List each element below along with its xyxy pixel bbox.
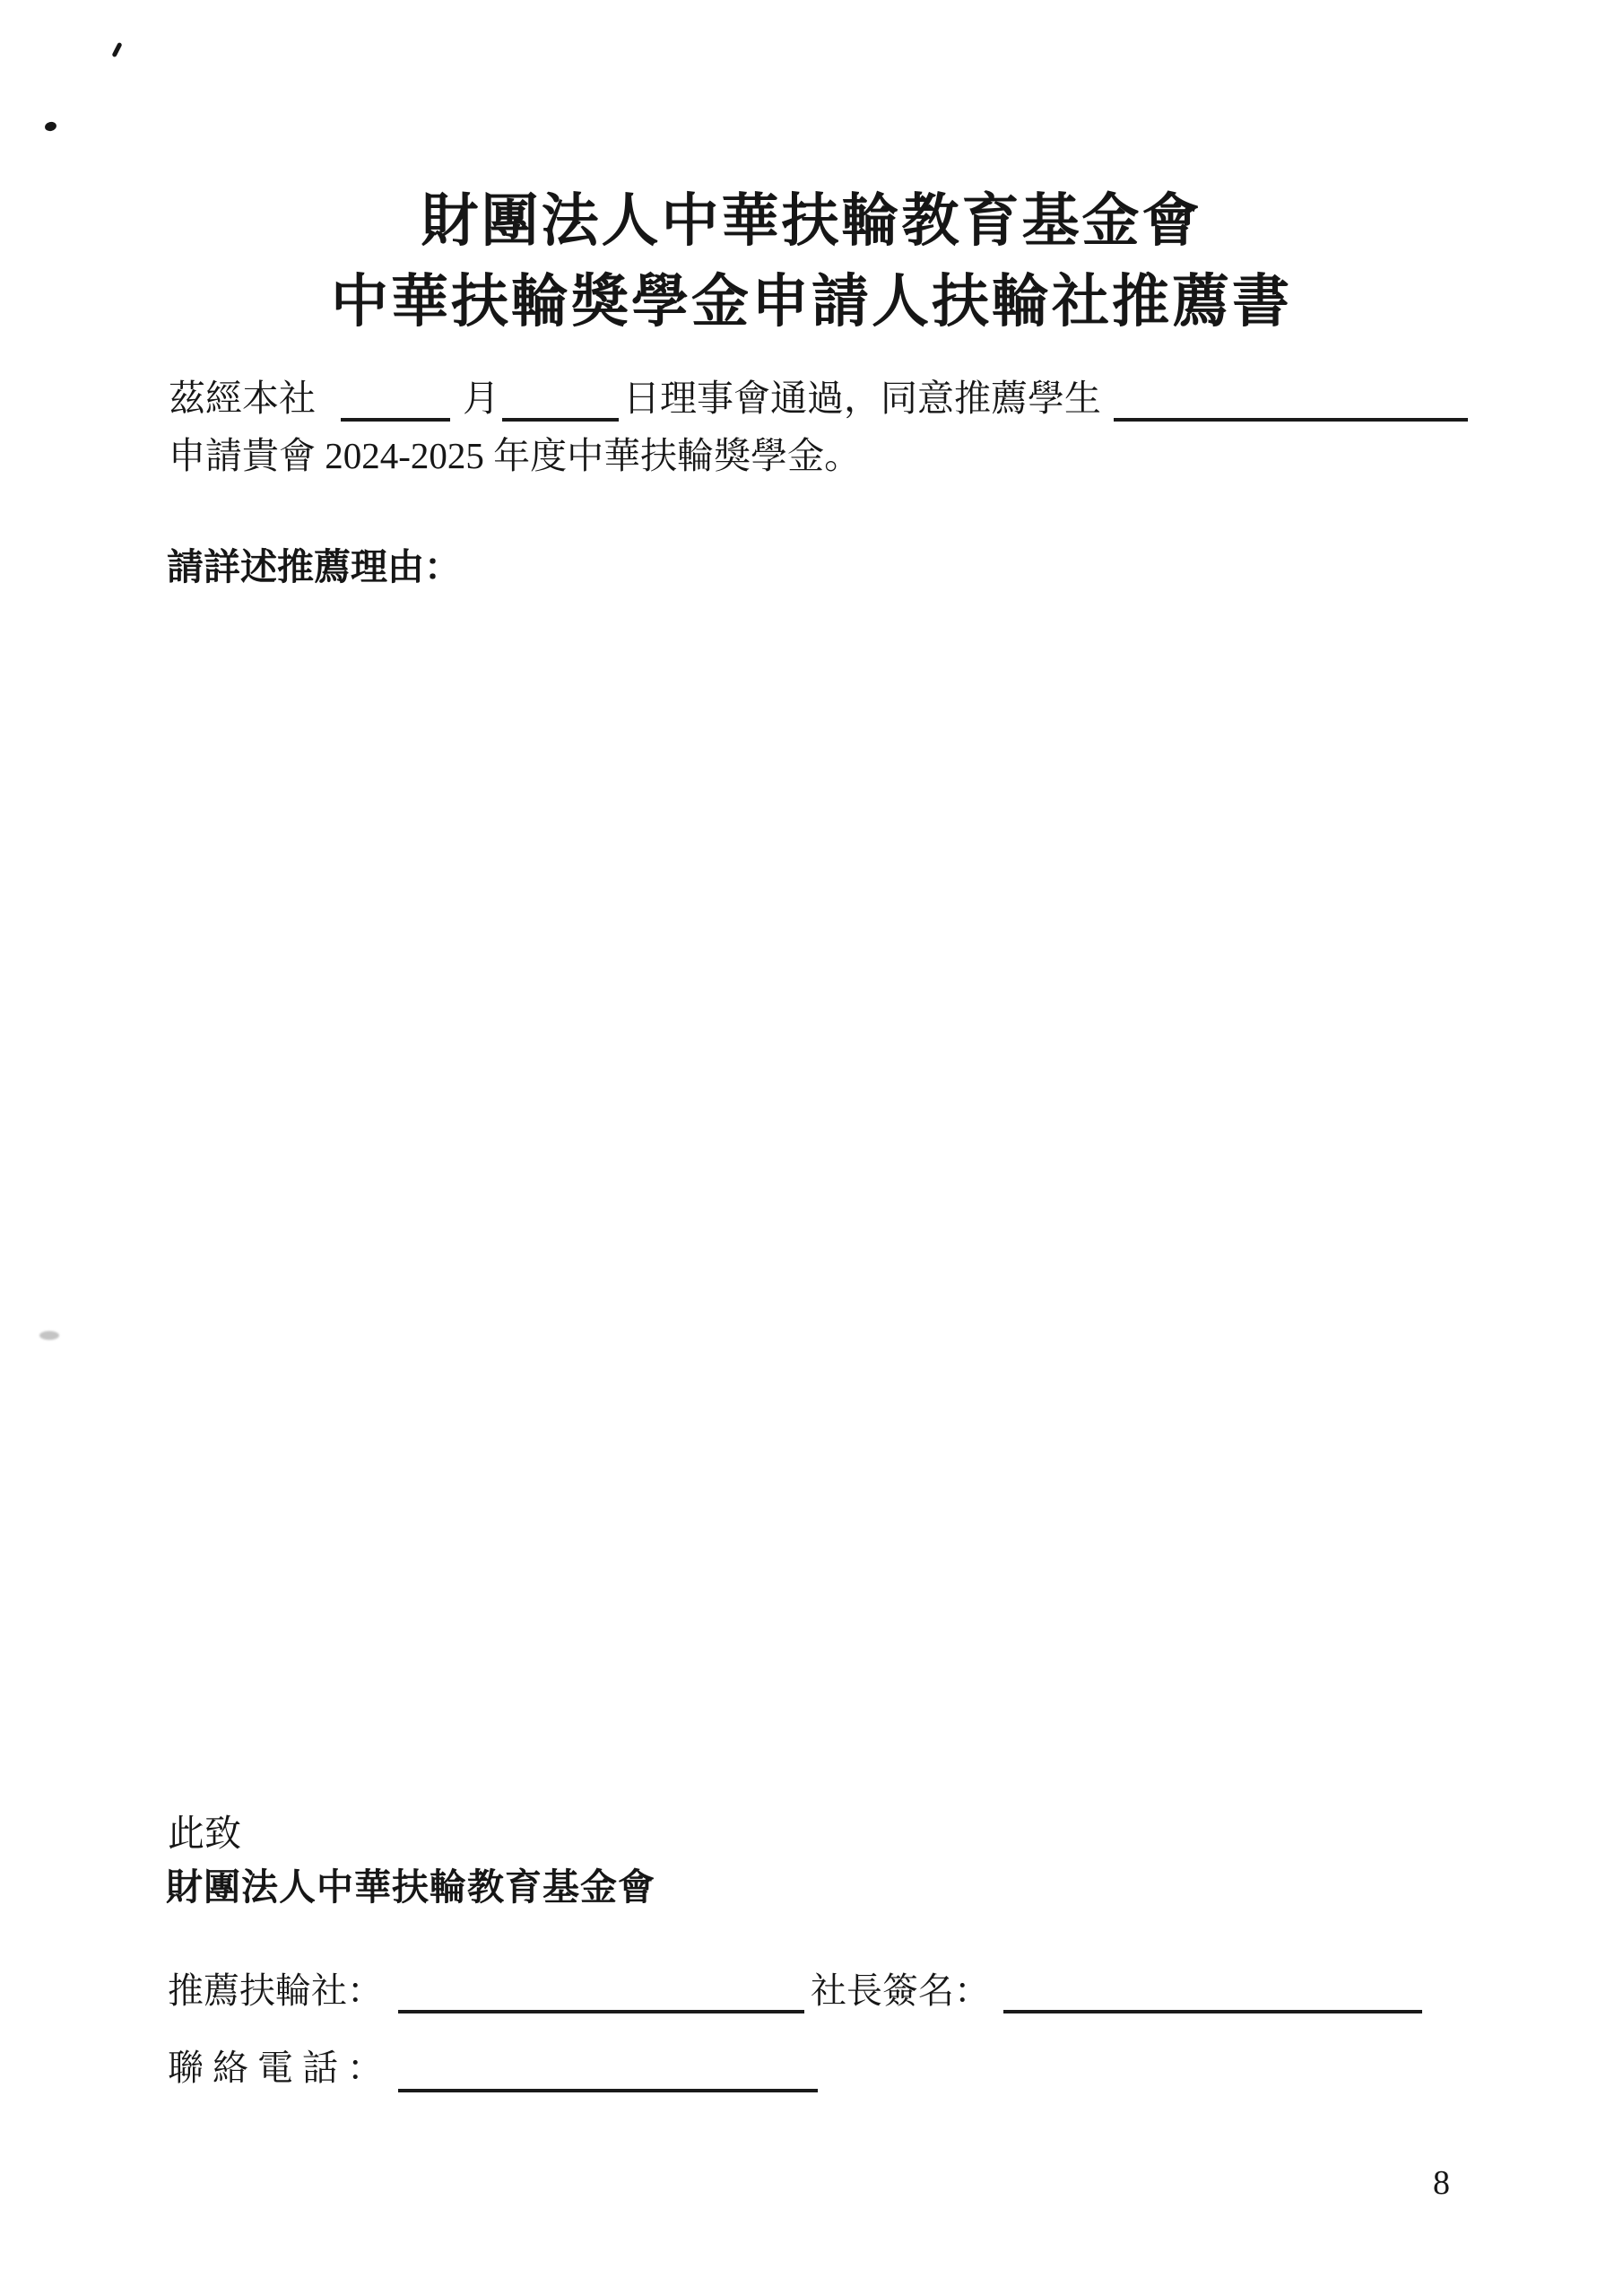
scan-artifact-tick-mark xyxy=(111,42,122,57)
contact-phone-blank-line xyxy=(398,2089,818,2092)
salutation-text: 此致 xyxy=(168,1813,241,1855)
student-name-blank-line xyxy=(1114,418,1468,422)
signature-row-club: 推薦扶輪社：社長簽名： xyxy=(168,1970,1422,2013)
document-title: 財團法人中華扶輪教育基金會 中華扶輪獎學金申請人扶輪社推薦書 xyxy=(0,181,1623,343)
scan-artifact-smudge xyxy=(39,1331,59,1340)
intro-lead-text: 茲經本社 xyxy=(169,378,316,419)
recommendation-reason-label: 請詳述推薦理由： xyxy=(167,546,461,588)
contact-phone-label: 聯 絡 電 話 ： xyxy=(168,2048,383,2088)
month-blank-line xyxy=(341,418,450,422)
intro-paragraph-line-1: 茲經本社月日理事會通過，同意推薦學生 xyxy=(169,378,1468,422)
president-signature-blank-line xyxy=(1003,2010,1422,2013)
title-line-recommendation: 中華扶輪獎學金申請人扶輪社推薦書 xyxy=(0,262,1623,343)
title-line-foundation: 財團法人中華扶輪教育基金會 xyxy=(0,181,1623,262)
president-signature-label: 社長簽名： xyxy=(811,1970,990,2011)
intro-paragraph-line-2: 申請貴會 2024-2025 年度中華扶輪獎學金。 xyxy=(169,435,861,477)
day-blank-line xyxy=(502,418,619,422)
scan-artifact-dot xyxy=(44,121,57,133)
scanned-form-page: 財團法人中華扶輪教育基金會 中華扶輪獎學金申請人扶輪社推薦書 茲經本社月日理事會… xyxy=(0,0,1623,2296)
addressee-foundation-name: 財團法人中華扶輪教育基金會 xyxy=(166,1866,655,1909)
month-label: 月 xyxy=(463,378,499,419)
intro-after-day-text: 日理事會通過，同意推薦學生 xyxy=(623,378,1101,419)
signature-row-phone: 聯 絡 電 話 ： xyxy=(168,2048,818,2092)
page-number: 8 xyxy=(1433,2163,1450,2203)
recommending-club-label: 推薦扶輪社： xyxy=(168,1970,383,2011)
recommending-club-blank-line xyxy=(398,2010,804,2013)
